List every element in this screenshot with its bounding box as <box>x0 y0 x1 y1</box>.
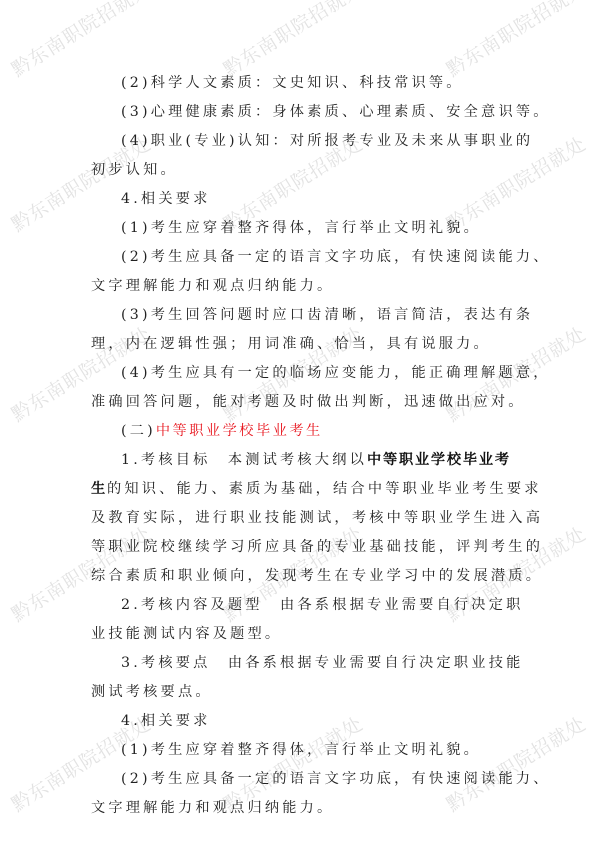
paragraph-line: 准确回答问题，能对考题及时做出判断，迅速做出应对。 <box>91 388 511 417</box>
subsection-heading: 4.相关要求 <box>91 707 511 736</box>
paragraph-line: 文字理解能力和观点归纳能力。 <box>91 272 511 301</box>
text-span: 的知识、能力、素质为基础，结合中等职业毕业考生要求 <box>107 481 542 497</box>
paragraph-line: 测试考核要点。 <box>91 678 511 707</box>
section-heading-title: 中等职业学校毕业考生 <box>156 423 323 439</box>
paragraph-line: 2.考核内容及题型 由各系根据专业需要自行决定职 <box>91 591 511 620</box>
document-page: 黔东南职院招就处 黔东南职院招就处 黔东南职院招就处 黔东南职院招就处 黔东南职… <box>0 0 600 849</box>
paragraph-line: 业技能测试内容及题型。 <box>91 620 511 649</box>
paragraph-line: 综合素质和职业倾向，发现考生在专业学习中的发展潜质。 <box>91 562 511 591</box>
paragraph-line: 生的知识、能力、素质为基础，结合中等职业毕业考生要求 <box>91 475 511 504</box>
text-span: 1.考核目标 本测试考核大纲以 <box>121 452 367 468</box>
paragraph-line: (2)科学人文素质：文史知识、科技常识等。 <box>91 69 511 98</box>
paragraph-line: 初步认知。 <box>91 156 511 185</box>
paragraph-line: (2)考生应具备一定的语言文字功底，有快速阅读能力、 <box>91 765 511 794</box>
subsection-heading: 4.相关要求 <box>91 185 511 214</box>
paragraph-line: 理，内在逻辑性强；用词准确、恰当，具有说服力。 <box>91 330 511 359</box>
paragraph-line: (3)考生回答问题时应口齿清晰，语言简洁，表达有条 <box>91 301 511 330</box>
paragraph-line: (4)考生应具有一定的临场应变能力，能正确理解题意， <box>91 359 511 388</box>
paragraph-line: (1)考生应穿着整齐得体，言行举止文明礼貌。 <box>91 214 511 243</box>
paragraph-line: 文字理解能力和观点归纳能力。 <box>91 794 511 823</box>
section-heading: (二)中等职业学校毕业考生 <box>91 417 511 446</box>
paragraph-line: 等职业院校继续学习所应具备的专业基础技能，评判考生的 <box>91 533 511 562</box>
paragraph-line: (4)职业(专业)认知：对所报考专业及未来从事职业的 <box>91 127 511 156</box>
paragraph-line: (3)心理健康素质：身体素质、心理素质、安全意识等。 <box>91 98 511 127</box>
document-body: (2)科学人文素质：文史知识、科技常识等。 (3)心理健康素质：身体素质、心理素… <box>91 69 511 823</box>
paragraph-line: (2)考生应具备一定的语言文字功底，有快速阅读能力、 <box>91 243 511 272</box>
paragraph-line: 及教育实际，进行职业技能测试，考核中等职业学生进入高 <box>91 504 511 533</box>
section-heading-prefix: (二) <box>121 423 156 439</box>
bold-text: 生 <box>91 481 107 497</box>
paragraph-line: (1)考生应穿着整齐得体，言行举止文明礼貌。 <box>91 736 511 765</box>
paragraph-line: 1.考核目标 本测试考核大纲以中等职业学校毕业考 <box>91 446 511 475</box>
bold-text: 中等职业学校毕业考 <box>367 452 511 468</box>
paragraph-line: 3.考核要点 由各系根据专业需要自行决定职业技能 <box>91 649 511 678</box>
